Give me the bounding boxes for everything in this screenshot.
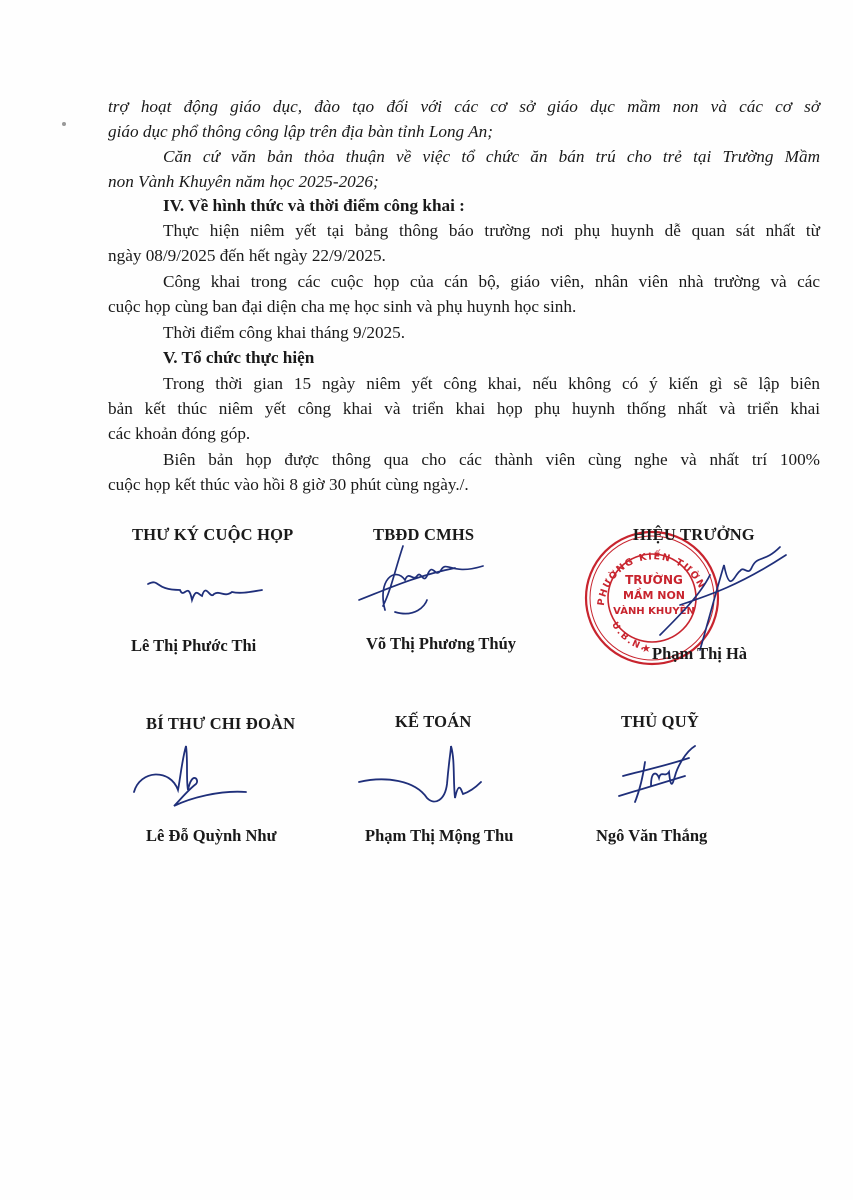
- secretary-title: THƯ KÝ CUỘC HỌP: [132, 525, 293, 545]
- legal-basis-2-line-1: Căn cứ văn bản thỏa thuận về việc tổ chứ…: [163, 145, 820, 169]
- legal-basis-1-line-2: giáo dục phổ thông công lập trên địa bàn…: [108, 120, 493, 144]
- closing-line-2: cuộc họp kết thúc vào hồi 8 giờ 30 phút …: [108, 473, 469, 497]
- closing-line-1: Biên bản họp được thông qua cho các thàn…: [163, 448, 820, 472]
- meeting-disclosure-line-1: Công khai trong các cuộc họp của cán bộ,…: [163, 270, 820, 294]
- principal-signature: [640, 535, 790, 655]
- meeting-disclosure-line-2: cuộc họp cùng ban đại diện cha mẹ học si…: [108, 295, 576, 319]
- document-page: trợ hoạt động giáo dục, đào tạo đối với …: [0, 0, 853, 1200]
- treasurer-title: THỦ QUỸ: [621, 712, 699, 732]
- secretary-signature: [140, 570, 270, 615]
- treasurer-name: Ngô Văn Thắng: [596, 826, 707, 846]
- posting-info-line-2: ngày 08/9/2025 đến hết ngày 22/9/2025.: [108, 244, 386, 268]
- treasurer-signature: [615, 742, 705, 812]
- accountant-title: KẾ TOÁN: [395, 712, 471, 732]
- scan-speck: [62, 122, 66, 126]
- accountant-name: Phạm Thị Mộng Thu: [365, 826, 513, 846]
- youth-union-title: BÍ THƯ CHI ĐOÀN: [146, 714, 295, 734]
- youth-union-name: Lê Đỗ Quỳnh Như: [146, 826, 276, 846]
- parent-rep-name: Võ Thị Phương Thúy: [366, 634, 516, 654]
- implementation-line-3: các khoản đóng góp.: [108, 422, 250, 446]
- disclosure-time: Thời điểm công khai tháng 9/2025.: [163, 321, 405, 345]
- parent-rep-signature: [355, 540, 495, 620]
- section-iv-heading: IV. Về hình thức và thời điểm công khai …: [163, 194, 465, 218]
- implementation-line-2: bản kết thúc niêm yết công khai và triển…: [108, 397, 820, 421]
- accountant-signature: [355, 740, 485, 810]
- principal-name: Phạm Thị Hà: [652, 644, 747, 664]
- implementation-line-1: Trong thời gian 15 ngày niêm yết công kh…: [163, 372, 820, 396]
- posting-info-line-1: Thực hiện niêm yết tại bảng thông báo tr…: [163, 219, 820, 243]
- secretary-name: Lê Thị Phước Thi: [131, 636, 256, 656]
- section-v-heading: V. Tổ chức thực hiện: [163, 346, 314, 370]
- legal-basis-1-line-1: trợ hoạt động giáo dục, đào tạo đối với …: [108, 95, 820, 119]
- youth-union-signature: [130, 740, 250, 810]
- legal-basis-2-line-2: non Vành Khuyên năm học 2025-2026;: [108, 170, 379, 194]
